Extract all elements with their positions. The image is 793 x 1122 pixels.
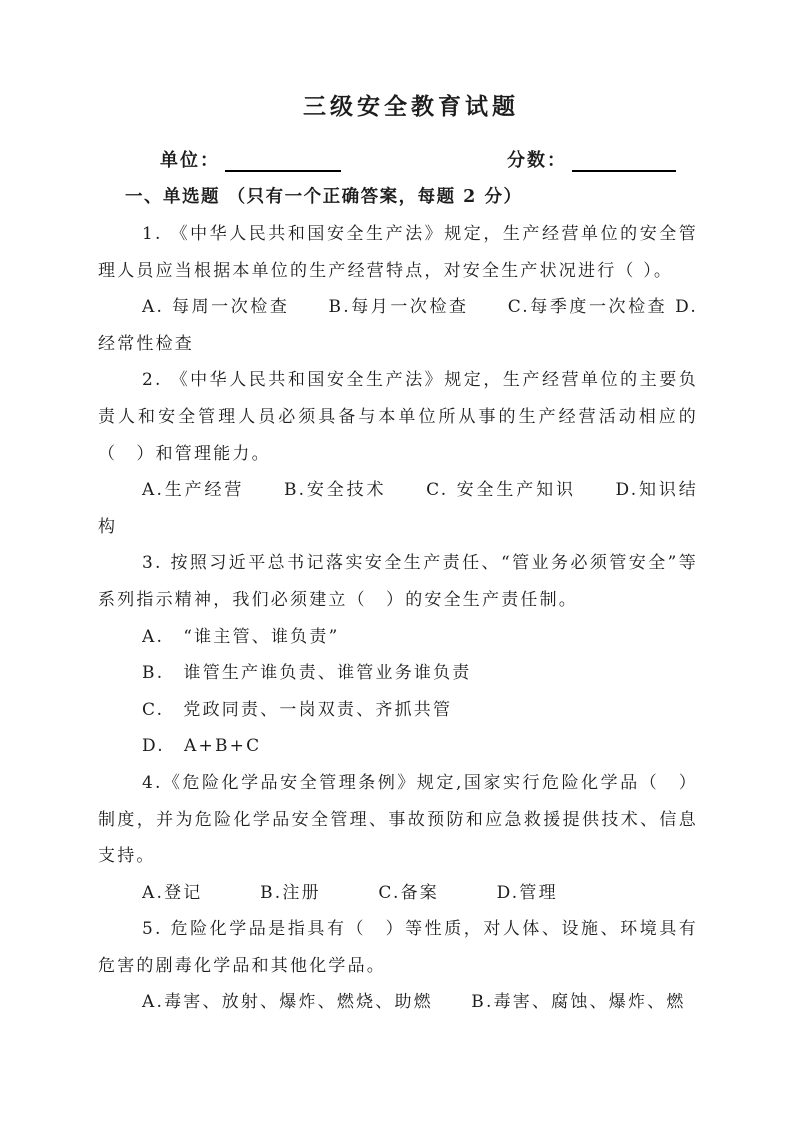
score-field-group: 分数： bbox=[507, 146, 676, 172]
question-3-option-b: B. 谁管生产谁负责、谁管业务谁负责 bbox=[98, 655, 698, 692]
exam-page: 三级安全教育试题 单位： 分数： 一、单选题 （只有一个正确答案，每题 2 分）… bbox=[0, 0, 793, 1122]
question-5: 5. 危险化学品是指具有（ ）等性质，对人体、设施、环境具有危害的剧毒化学品和其… bbox=[98, 911, 698, 1021]
question-4-stem: 4.《危险化学品安全管理条例》规定,国家实行危险化学品（ ）制度，并为危险化学品… bbox=[98, 765, 698, 875]
unit-blank-field[interactable] bbox=[225, 146, 341, 172]
question-3-stem: 3. 按照习近平总书记落实安全生产责任、“管业务必须管安全”等系列指示精神，我们… bbox=[98, 545, 698, 618]
question-1: 1. 《中华人民共和国安全生产法》规定，生产经营单位的安全管理人员应当根据本单位… bbox=[98, 216, 698, 362]
question-3-option-a: A. “谁主管、谁负责” bbox=[98, 619, 698, 656]
header-fields: 单位： 分数： bbox=[98, 136, 698, 172]
page-title: 三级安全教育试题 bbox=[124, 90, 698, 124]
question-5-options: A.毒害、放射、爆炸、燃烧、助燃 B.毒害、腐蚀、爆炸、燃 bbox=[98, 984, 698, 1021]
question-4-options: A.登记 B.注册 C.备案 D.管理 bbox=[98, 875, 698, 912]
question-1-stem: 1. 《中华人民共和国安全生产法》规定，生产经营单位的安全管理人员应当根据本单位… bbox=[98, 216, 698, 289]
question-3-option-d: D. A+B+C bbox=[98, 728, 698, 765]
question-1-options: A. 每周一次检查 B.每月一次检查 C.每季度一次检查 D.经常性检查 bbox=[98, 289, 698, 362]
score-label: 分数： bbox=[507, 146, 567, 172]
score-blank-field[interactable] bbox=[572, 146, 676, 172]
question-2-options: A.生产经营 B.安全技术 C. 安全生产知识 D.知识结构 bbox=[98, 472, 698, 545]
question-2: 2. 《中华人民共和国安全生产法》规定，生产经营单位的主要负责人和安全管理人员必… bbox=[98, 362, 698, 545]
question-5-stem: 5. 危险化学品是指具有（ ）等性质，对人体、设施、环境具有危害的剧毒化学品和其… bbox=[98, 911, 698, 984]
question-3: 3. 按照习近平总书记落实安全生产责任、“管业务必须管安全”等系列指示精神，我们… bbox=[98, 545, 698, 765]
question-2-stem: 2. 《中华人民共和国安全生产法》规定，生产经营单位的主要负责人和安全管理人员必… bbox=[98, 362, 698, 472]
question-3-option-c: C. 党政同责、一岗双责、齐抓共管 bbox=[98, 692, 698, 729]
question-4: 4.《危险化学品安全管理条例》规定,国家实行危险化学品（ ）制度，并为危险化学品… bbox=[98, 765, 698, 911]
unit-label: 单位： bbox=[160, 146, 220, 172]
section-heading: 一、单选题 （只有一个正确答案，每题 2 分） bbox=[98, 179, 698, 216]
